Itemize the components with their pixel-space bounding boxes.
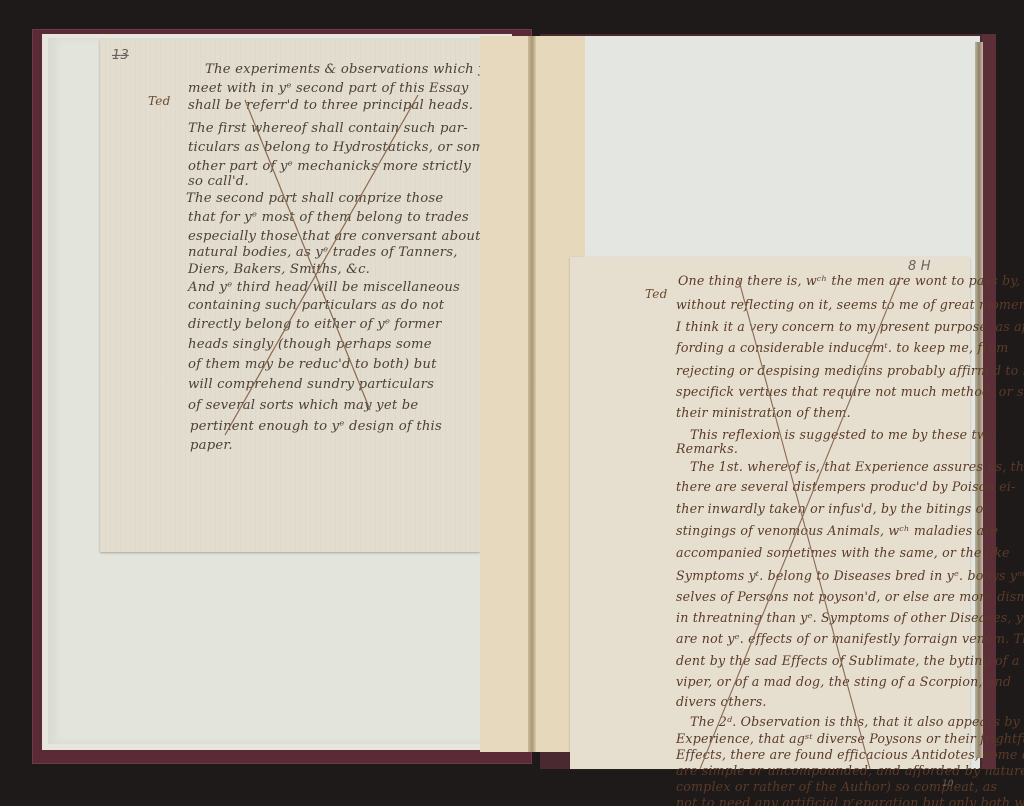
manuscript-line: are simple or uncompounded, and afforded…: [676, 763, 1024, 778]
manuscript-line: pertinent enough to yᵉ design of this: [190, 419, 442, 434]
manuscript-line: ther inwardly taken or infus'd, by the b…: [676, 501, 990, 516]
left-manuscript-page: 1̶3̶ Ted The experiments & observations …: [100, 40, 480, 552]
manuscript-line: so call'd.: [188, 174, 249, 189]
manuscript-line: Symptoms yᵗ. belong to Diseases bred in …: [676, 568, 1024, 583]
manuscript-line: that for yᵉ most of them belong to trade…: [188, 210, 469, 225]
manuscript-line: The first whereof shall contain such par…: [188, 121, 468, 136]
catchword-number: 10: [942, 779, 954, 789]
manuscript-line: without reflecting on it, seems to me of…: [676, 297, 1024, 312]
manuscript-line: will comprehend sundry particulars: [188, 377, 434, 392]
manuscript-line: directly belong to either of yᵉ former: [188, 317, 442, 332]
manuscript-line: And yᵉ third head will be miscellaneous: [188, 280, 460, 295]
manuscript-line: in threatning than yᵉ. Symptoms of other…: [676, 610, 1024, 625]
cancellation-cross: [100, 40, 480, 552]
page-edge-stack: [975, 42, 983, 758]
manuscript-line: rejecting or despising medicins probably…: [676, 363, 1024, 378]
manuscript-line: divers others.: [676, 694, 767, 709]
manuscript-line: One thing there is, wᶜʰ the men are wont…: [678, 273, 1020, 288]
manuscript-line: paper.: [190, 438, 233, 453]
binding-gutter: [528, 36, 536, 752]
manuscript-line: fording a considerable inducemᵗ. to keep…: [676, 340, 1008, 355]
manuscript-line: Effects, there are found efficacious Ant…: [676, 747, 1024, 762]
manuscript-line: meet with in yᵉ second part of this Essa…: [188, 81, 469, 96]
manuscript-line: dent by the sad Effects of Sublimate, th…: [676, 653, 1020, 668]
hinge-strip-left: [480, 36, 533, 752]
right-manuscript-page: 8 H Ted One thing there is, wᶜʰ the men …: [570, 257, 970, 769]
manuscript-line: of them may be reduc'd to both) but: [188, 357, 437, 372]
manuscript-line: are not yᵉ. effects of or manifestly for…: [676, 631, 1024, 646]
manuscript-line: of several sorts which may yet be: [188, 398, 418, 413]
manuscript-line: especially those that are conversant abo…: [188, 229, 481, 244]
margin-note: Ted: [645, 287, 667, 301]
manuscript-line: The second part shall comprize those: [186, 191, 443, 206]
manuscript-line: containing such particulars as do not: [188, 298, 444, 313]
manuscript-line: natural bodies, as yᵉ trades of Tanners,: [188, 245, 458, 260]
manuscript-line: their ministration of them.: [676, 405, 851, 420]
manuscript-line: accompanied sometimes with the same, or …: [676, 545, 1010, 560]
manuscript-line: The 1st. whereof is, that Experience ass…: [690, 459, 1024, 474]
manuscript-line: not to need any artificial pʳeparation b…: [676, 795, 1024, 806]
manuscript-line: Experience, that agˢᵗ diverse Poysons or…: [676, 731, 1024, 746]
manuscript-line: ticulars as belong to Hydrostaticks, or …: [188, 140, 492, 155]
manuscript-line: I think it a very concern to my present …: [676, 319, 1024, 334]
manuscript-line: other part of yᵉ mechanicks more strictl…: [188, 159, 471, 174]
folio-mark: 1̶3̶: [112, 48, 129, 63]
folio-number: 8 H: [908, 259, 931, 274]
manuscript-line: heads singly (though perhaps some: [188, 337, 432, 352]
manuscript-line: Remarks.: [676, 441, 738, 456]
margin-note: Ted: [148, 94, 170, 108]
manuscript-line: The 2ᵈ. Observation is this, that it als…: [690, 714, 1020, 729]
manuscript-line: specifick vertues that require not much …: [676, 384, 1024, 399]
manuscript-line: This reflexion is suggested to me by the…: [690, 427, 996, 442]
manuscript-line: there are several distempers produc'd by…: [676, 479, 1015, 494]
manuscript-line: selves of Persons not poyson'd, or else …: [676, 589, 1024, 604]
manuscript-line: stingings of venomous Animals, wᶜʰ malad…: [676, 523, 998, 538]
manuscript-line: Diers, Bakers, Smiths, &c.: [188, 262, 370, 277]
manuscript-line: viper, or of a mad dog, the sting of a S…: [676, 674, 1011, 689]
manuscript-line: shall be referr'd to three principal hea…: [188, 98, 473, 113]
